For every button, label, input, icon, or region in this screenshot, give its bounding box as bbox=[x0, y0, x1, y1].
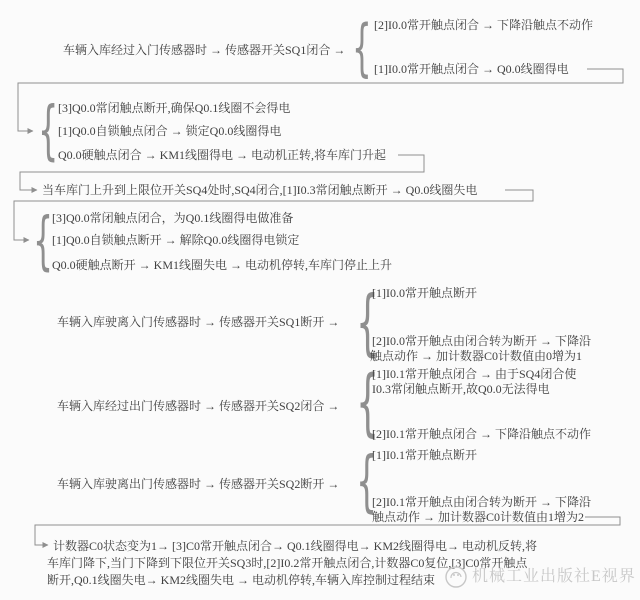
footer-line-2: 车库门降下,当门下降到下限位开关SQ3时,[2]I0.2常开触点闭合,计数器C0… bbox=[47, 555, 527, 571]
s1-item-1: [2]I0.0常开触点闭合 → 下降沿触点不动作 bbox=[374, 17, 593, 33]
s3-item-2: [1]Q0.0自锁触点断开 → 解除Q0.0线圈得电锁定 bbox=[52, 232, 299, 248]
s5-item-2: [2]I0.1常开触点闭合 → 下降沿触点不动作 bbox=[372, 426, 591, 442]
s1-label: 车辆入库经过入门传感器时 → 传感器开关SQ1闭合 → bbox=[63, 42, 345, 58]
s1-item-2: [1]I0.0常开触点闭合 → Q0.0线圈得电 bbox=[374, 61, 569, 77]
s5-item-1-line1: [1]I0.1常开触点闭合 → 由于SQ4闭合使 bbox=[372, 366, 576, 382]
brace-icon: { bbox=[352, 17, 372, 79]
footer-line-3: 断开,Q0.1线圈失电→ KM2线圈失电 → 电动机停转,车辆入库控制过程结束 bbox=[47, 572, 435, 588]
flowchart-diagram: 车辆入库经过入门传感器时 → 传感器开关SQ1闭合 → { [2]I0.0常开触… bbox=[0, 0, 640, 600]
s2-item-1: [3]Q0.0常闭触点断开,确保Q0.1线圈不会得电 bbox=[58, 100, 290, 116]
s3-item-1: [3]Q0.0常闭触点闭合，为Q0.1线圈得电做准备 bbox=[52, 210, 293, 226]
s4-item-2-line1: [2]I0.0常开触点由闭合转为断开 → 下降沿 bbox=[372, 333, 591, 349]
s4-item-1: [1]I0.0常开触点断开 bbox=[372, 285, 477, 301]
s3-item-3: Q0.0硬触点断开 → KM1线圈失电 → 电动机停转,车库门停止上升 bbox=[52, 257, 392, 273]
footer-line-1: 计数器C0状态变为1→ [3]C0常开触点闭合→ Q0.1线圈得电→ KM2线圈… bbox=[53, 538, 537, 554]
brace-icon: { bbox=[38, 99, 58, 163]
s5-label: 车辆入库经过出门传感器时 → 传感器开关SQ2闭合 → bbox=[57, 398, 339, 414]
s2-item-3: Q0.0硬触点闭合 → KM1线圈得电 → 电动机正转,将车库门升起 bbox=[58, 147, 386, 163]
s6-item-1: [1]I0.1常开触点断开 bbox=[372, 447, 477, 463]
s5-item-1-line2: I0.3常闭触点断开,故Q0.0无法得电 bbox=[372, 381, 550, 397]
s4-item-2-line2: 触点动作 → 加计数器C0计数值由0增为1 bbox=[370, 348, 582, 364]
s6-item-2-line2: 触点动作 → 加计数器C0计数值由1增为2 bbox=[372, 509, 584, 525]
s6-item-2-line1: [2]I0.1常开触点由闭合转为断开 → 下降沿 bbox=[372, 494, 591, 510]
brace-icon: { bbox=[33, 209, 53, 272]
s6-label: 车辆入库驶离出门传感器时 → 传感器开关SQ2断开 → bbox=[57, 476, 339, 492]
s4-label: 车辆入库驶离入门传感器时 → 传感器开关SQ1断开 → bbox=[57, 314, 339, 330]
s2-item-2: [1]Q0.0自锁触点闭合 → 锁定Q0.0线圈得电 bbox=[58, 123, 281, 139]
row-sq4: 当车库门上升到上限位开关SQ4处时,SQ4闭合,[1]I0.3常闭触点断开 → … bbox=[42, 182, 477, 198]
